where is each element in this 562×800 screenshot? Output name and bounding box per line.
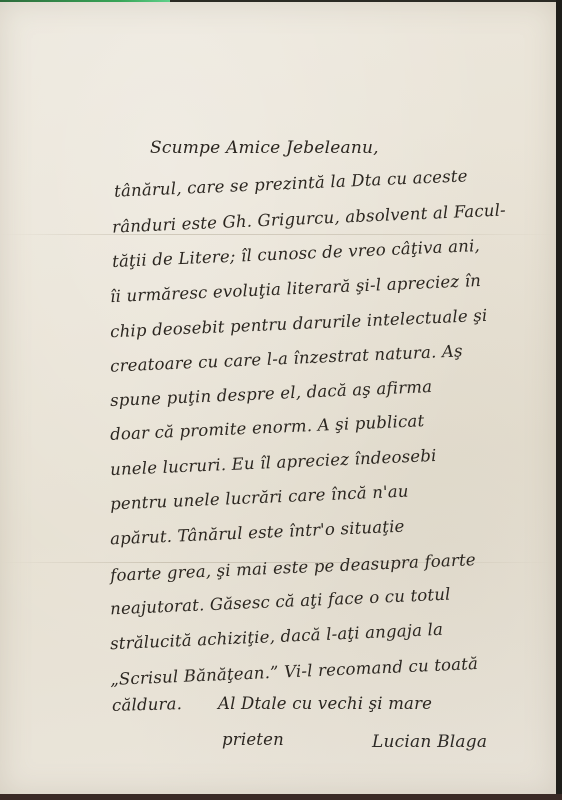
letter-body-line: „Scrisul Bănăţean.” Vi-l recomand cu toa… (110, 654, 479, 689)
letter-body-line: neajutorat. Găsesc că aţi face o cu totu… (110, 585, 451, 619)
letter-body-line: tânărul, care se prezintă la Dta cu aces… (114, 166, 468, 200)
letter-body-line: rânduri este Gh. Grigurcu, absolvent al … (112, 200, 506, 236)
scan-border-bottom (0, 794, 562, 800)
letter-body-line: căldura. (112, 694, 183, 715)
scan-edge-accent (0, 0, 170, 2)
letter-signature: Lucian Blaga (372, 732, 487, 752)
paper-crease (0, 234, 556, 235)
letter-body-line: îi urmăresc evoluţia literară şi-l aprec… (110, 271, 482, 306)
letter-body-line: unele lucruri. Eu îl apreciez îndeosebi (110, 446, 437, 479)
letter-salutation: Scumpe Amice Jebeleanu, (150, 138, 379, 158)
letter-body-line: chip deosebit pentru darurile intelectua… (110, 306, 488, 341)
letter-body-line: apărut. Tânărul este într'o situaţie (110, 517, 405, 549)
letter-body-line: doar că promite enorm. A şi publicat (110, 411, 425, 444)
letter-body-line: strălucită achiziţie, dacă l-aţi angaja … (110, 620, 444, 654)
letter-body-line: spune puţin despre el, dacă aş afirma (110, 377, 433, 410)
letter-body-line: foarte grea, şi mai este pe deasupra foa… (110, 550, 476, 585)
letter-body-line: pentru unele lucrări care încă n'au (110, 481, 409, 513)
letter-closing-line: Al Dtale cu vechi şi mare (218, 694, 432, 713)
letter-page: Scumpe Amice Jebeleanu, tânărul, care se… (0, 2, 556, 795)
scan-border-right (556, 0, 562, 800)
letter-body-line: creatoare cu care l-a înzestrat natura. … (110, 341, 463, 375)
letter-closing-line: prieten (222, 730, 284, 749)
letter-body-line: tăţii de Litere; îl cunosc de vreo câţiv… (112, 236, 481, 271)
